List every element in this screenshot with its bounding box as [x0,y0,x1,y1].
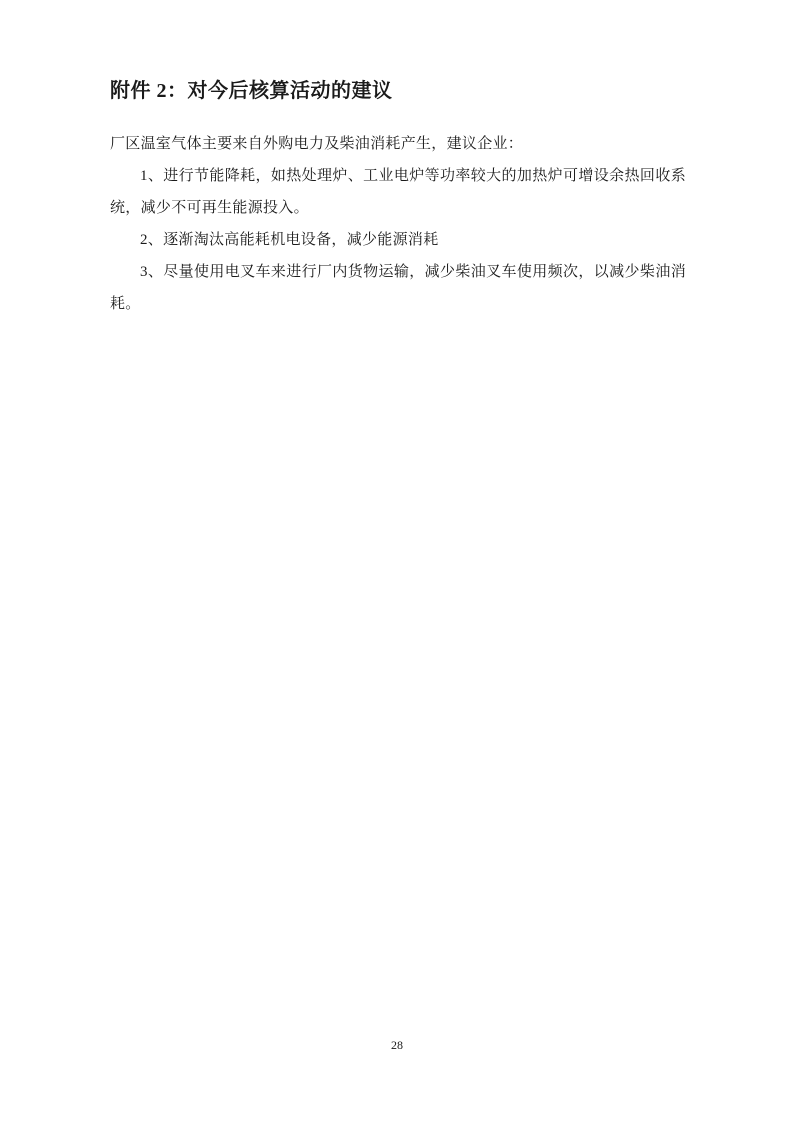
intro-paragraph: 厂区温室气体主要来自外购电力及柴油消耗产生，建议企业： [110,128,686,160]
document-title: 附件 2：对今后核算活动的建议 [110,78,686,104]
document-page: 附件 2：对今后核算活动的建议 厂区温室气体主要来自外购电力及柴油消耗产生，建议… [0,0,794,1123]
page-number: 28 [0,1038,794,1053]
document-content: 附件 2：对今后核算活动的建议 厂区温室气体主要来自外购电力及柴油消耗产生，建议… [110,78,686,320]
suggestion-item-3: 3、尽量使用电叉车来进行厂内货物运输，减少柴油叉车使用频次，以减少柴油消耗。 [110,256,686,320]
suggestion-item-2: 2、逐渐淘汰高能耗机电设备，减少能源消耗 [110,224,686,256]
suggestion-item-1: 1、进行节能降耗，如热处理炉、工业电炉等功率较大的加热炉可增设余热回收系统，减少… [110,160,686,224]
